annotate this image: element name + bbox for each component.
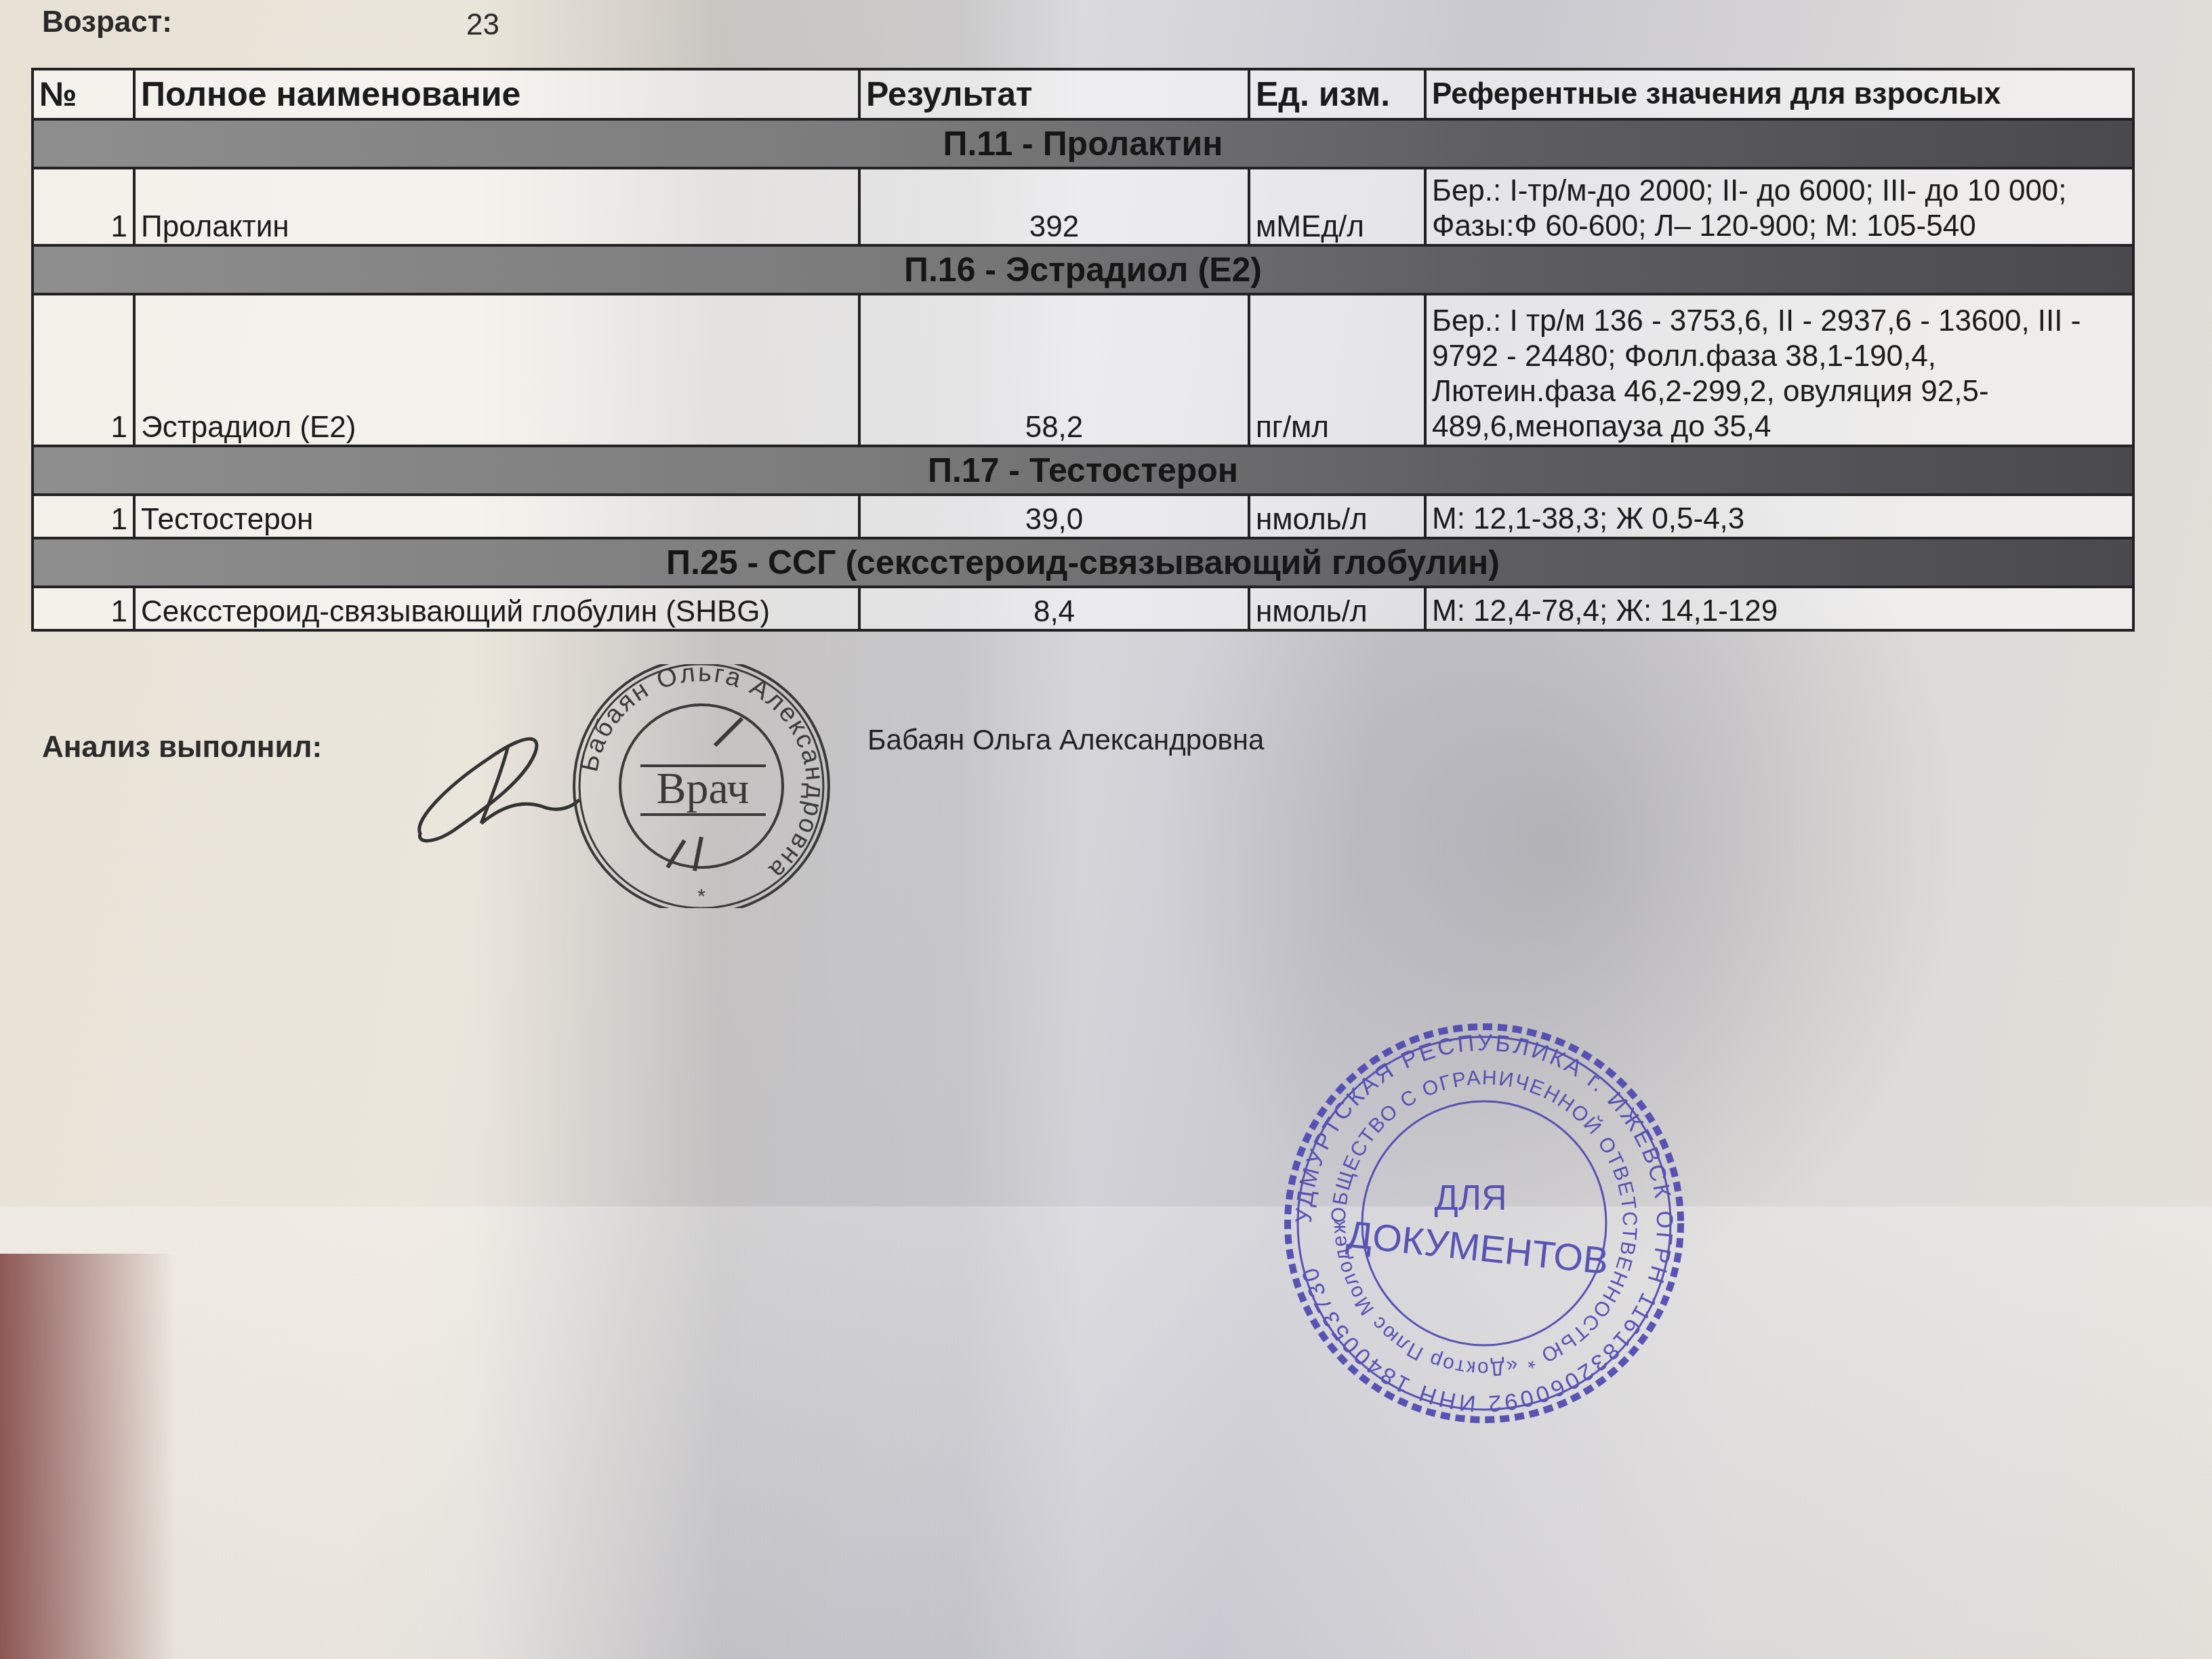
handwritten-signature (407, 705, 583, 854)
table-row: 1 Сексстероид-связывающий глобулин (SHBG… (33, 587, 2133, 630)
table-row: 1 Тестостерон 39,0 нмоль/л М: 12,1-38,3;… (33, 495, 2133, 538)
row-result: 58,2 (859, 294, 1249, 446)
header-reference: Референтные значения для взрослых (1425, 69, 2133, 119)
row-result: 392 (859, 168, 1249, 245)
table-header-row: № Полное наименование Результат Ед. изм.… (33, 69, 2133, 119)
row-num: 1 (33, 587, 134, 630)
section-row: П.11 - Пролактин (33, 119, 2133, 168)
org-stamp-center-line1: ДЛЯ (1435, 1179, 1507, 1218)
row-num: 1 (33, 495, 134, 538)
doctor-stamp: Бабаян Ольга Александровна Врач * (566, 664, 837, 908)
section-title: П.11 - Пролактин (33, 119, 2133, 168)
lab-report-page: Возраст: 23 № Полное наименование Резуль… (0, 0, 2212, 1659)
section-row: П.17 - Тестостерон (33, 446, 2133, 495)
age-label: Возраст: (42, 5, 172, 39)
organization-stamp: УДМУРТСКАЯ РЕСПУБЛИКА г. ИЖЕВСК ОГРН 116… (1274, 1020, 1694, 1427)
row-result: 8,4 (859, 587, 1249, 630)
row-unit: мМЕд/л (1249, 168, 1425, 245)
section-title: П.25 - ССГ (сексстероид-связывающий глоб… (33, 538, 2133, 587)
header-name: Полное наименование (134, 69, 859, 119)
row-result: 39,0 (859, 495, 1249, 538)
results-table: № Полное наименование Результат Ед. изм.… (31, 68, 2135, 632)
row-reference: Бер.: I-тр/м-до 2000; II- до 6000; III- … (1425, 168, 2133, 245)
row-name: Сексстероид-связывающий глобулин (SHBG) (134, 587, 859, 630)
header-num: № (33, 69, 134, 119)
table-row: 1 Эстрадиол (Е2) 58,2 пг/мл Бер.: I тр/м… (33, 294, 2133, 446)
header-result: Результат (859, 69, 1249, 119)
row-unit: пг/мл (1249, 294, 1425, 446)
section-row: П.25 - ССГ (сексстероид-связывающий глоб… (33, 538, 2133, 587)
doctor-stamp-center-text: Врач (657, 764, 750, 813)
row-num: 1 (33, 168, 134, 245)
performed-by-label: Анализ выполнил: (42, 731, 322, 764)
section-title: П.16 - Эстрадиол (Е2) (33, 245, 2133, 294)
row-reference: Бер.: I тр/м 136 - 3753,6, II - 2937,6 -… (1425, 294, 2133, 446)
age-value: 23 (466, 8, 499, 42)
row-name: Эстрадиол (Е2) (134, 294, 859, 446)
table-row: 1 Пролактин 392 мМЕд/л Бер.: I-тр/м-до 2… (33, 168, 2133, 245)
doctor-stamp-star: * (697, 885, 705, 907)
row-unit: нмоль/л (1249, 587, 1425, 630)
org-stamp-center-line2: ДОКУМЕНТОВ (1345, 1212, 1611, 1282)
section-row: П.16 - Эстрадиол (Е2) (33, 245, 2133, 294)
row-name: Пролактин (134, 168, 859, 245)
row-reference: М: 12,1-38,3; Ж 0,5-4,3 (1425, 495, 2133, 538)
signer-name: Бабаян Ольга Александровна (867, 724, 1264, 756)
row-num: 1 (33, 294, 134, 446)
row-unit: нмоль/л (1249, 495, 1425, 538)
row-name: Тестостерон (134, 495, 859, 538)
row-reference: М: 12,4-78,4; Ж: 14,1-129 (1425, 587, 2133, 630)
header-unit: Ед. изм. (1249, 69, 1425, 119)
section-title: П.17 - Тестостерон (33, 446, 2133, 495)
